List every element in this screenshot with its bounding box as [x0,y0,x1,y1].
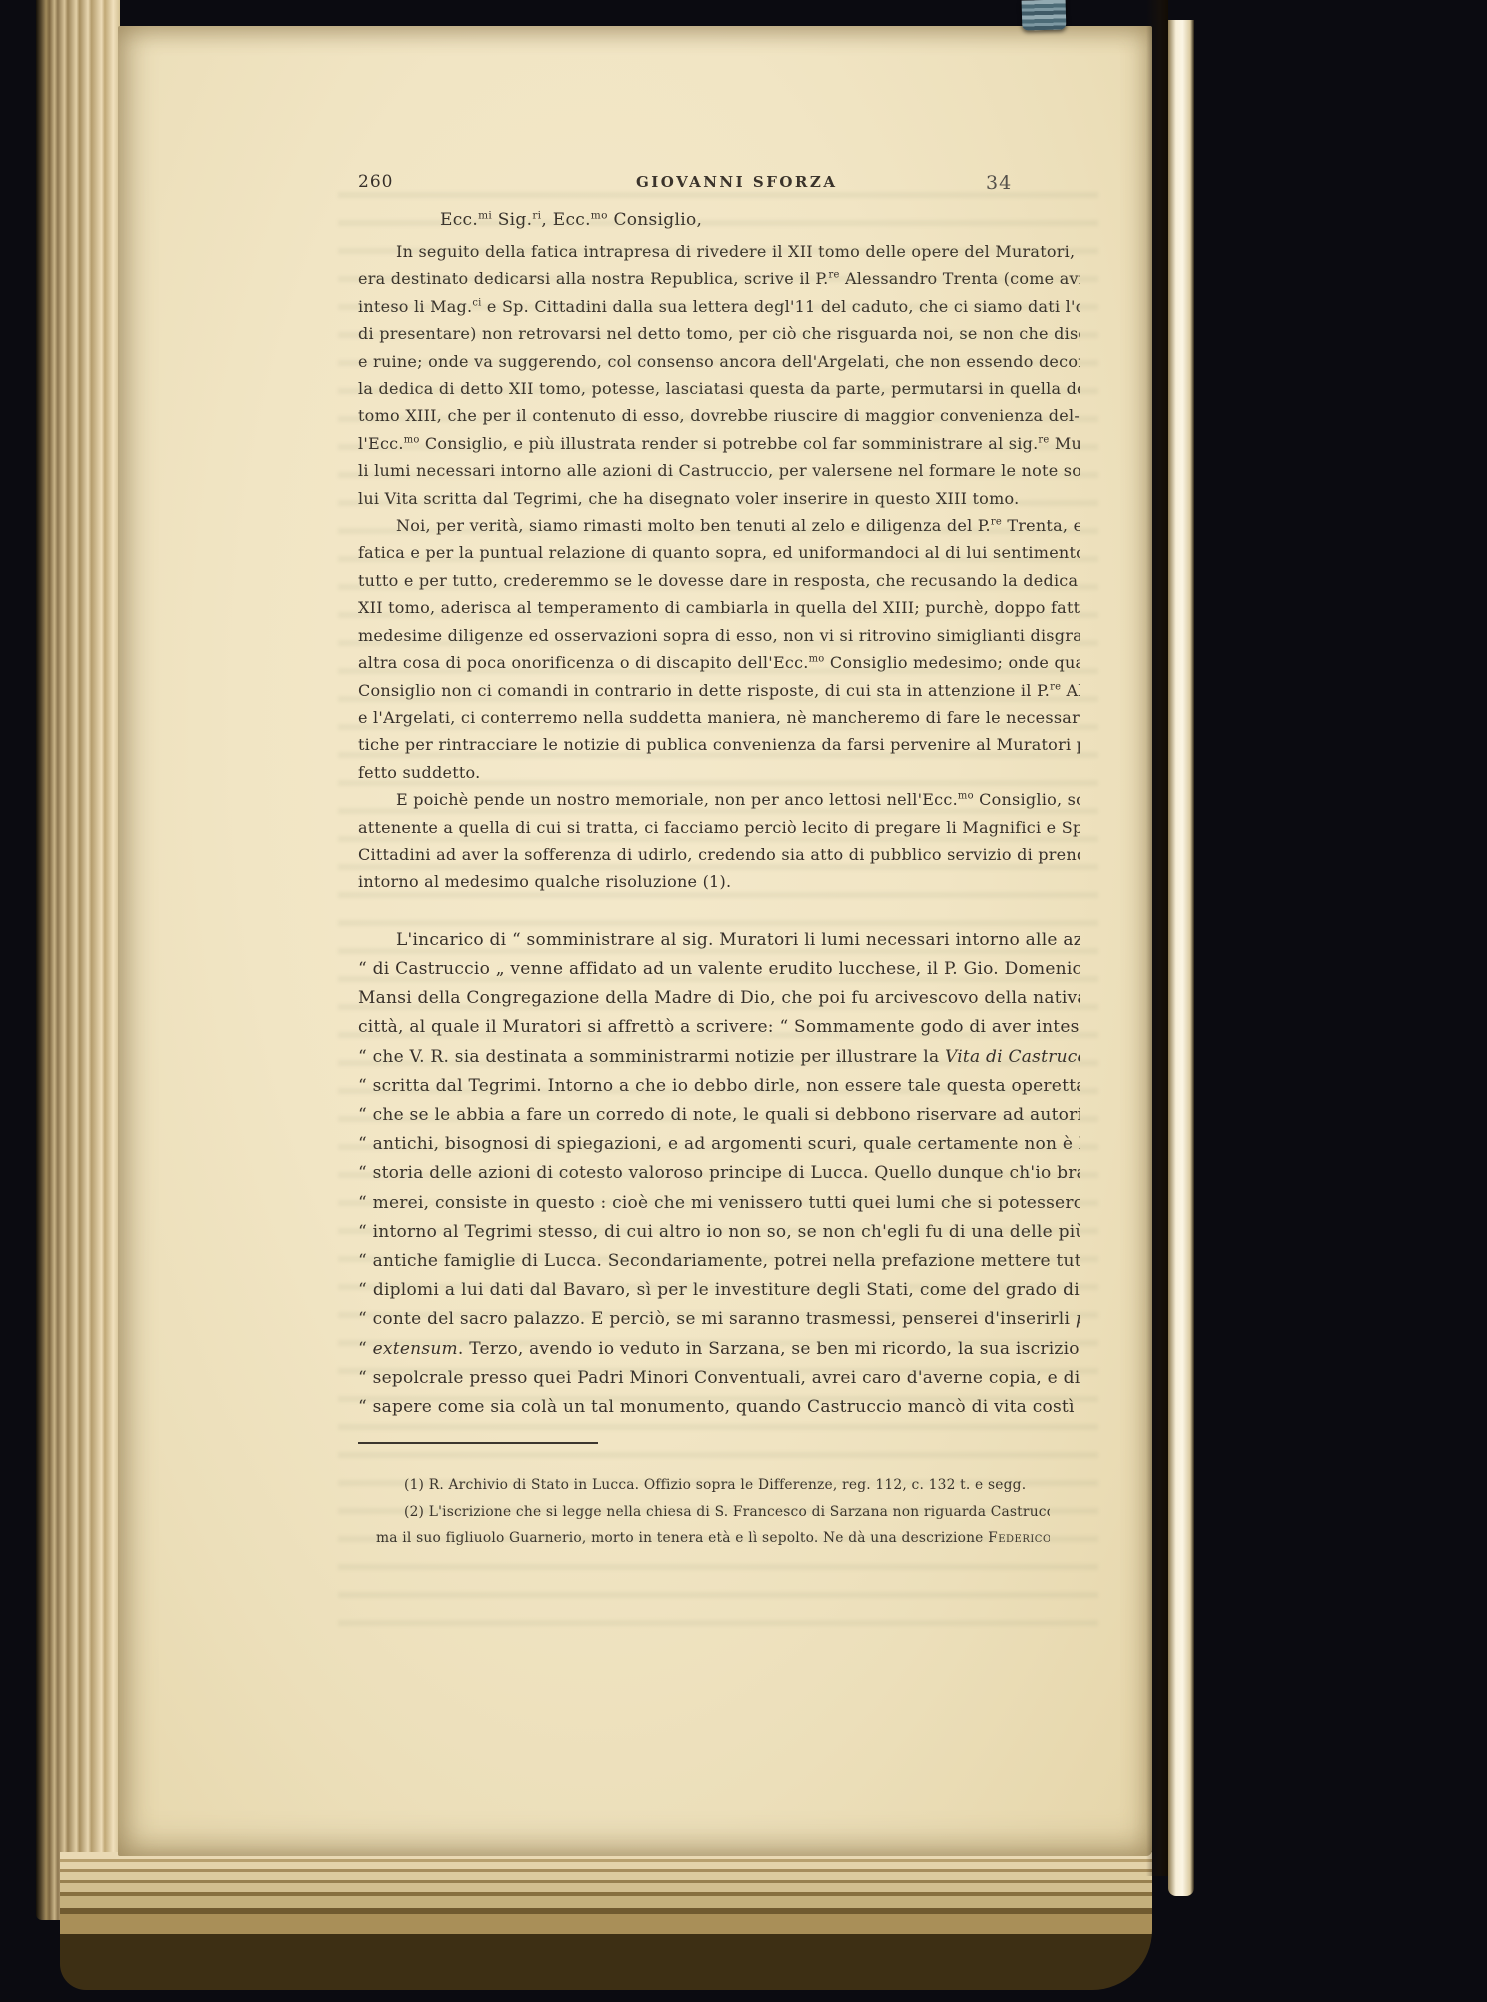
page-gutter-shadow [1146,0,1168,1876]
text-line: li lumi necessari intorno alle azioni di… [358,457,1080,484]
text-line: Noi, per verità, siamo rimasti molto ben… [358,512,1080,539]
text-line: “ che V. R. sia destinata a somministrar… [358,1043,1080,1072]
page-header: 260 GIOVANNI SFORZA [358,172,1080,192]
text-line: lui Vita scritta dal Tegrimi, che ha dis… [358,485,1080,512]
text-line: di presentare) non retrovarsi nel detto … [358,320,1080,347]
text-line: intorno al medesimo qualche risoluzione … [358,868,1080,895]
letter-paragraph: L'incarico di “ somministrare al sig. Mu… [358,926,1080,1422]
text-line: “ intorno al Tegrimi stesso, di cui altr… [358,1218,1080,1247]
text-line: fetto suddetto. [358,759,1080,786]
text-line: E poichè pende un nostro memoriale, non … [358,786,1080,813]
text-line: “ scritta dal Tegrimi. Intorno a che io … [358,1072,1080,1101]
text-line: tomo XIII, che per il contenuto di esso,… [358,402,1080,429]
footnote-1: (1) R. Archivio di Stato in Lucca. Offiz… [390,1472,1050,1499]
page-number: 260 [358,172,393,192]
text-line: “ storia delle azioni di cotesto valoros… [358,1159,1080,1188]
text-line: “ che se le abbia a fare un corredo di n… [358,1101,1080,1130]
book-page: 260 GIOVANNI SFORZA 34 Ecc.mi Sig.ri, Ec… [118,26,1152,1856]
text-line: “ sapere come sia colà un tal monumento,… [358,1393,1080,1422]
text-line: “ merei, consiste in questo : cioè che m… [358,1189,1080,1218]
text-line: tiche per rintracciare le notizie di pub… [358,731,1080,758]
book-page-stack-bottom-edge [60,1852,1152,1990]
text-column: Ecc.mi Sig.ri, Ecc.mo Consiglio, In segu… [358,210,1080,1552]
text-line: la dedica di detto XII tomo, potesse, la… [358,375,1080,402]
book-page-stack-left-edge [36,0,120,1920]
text-line: ma il suo figliuolo Guarnerio, morto in … [376,1525,1050,1552]
text-line: “ sepolcrale presso quei Padri Minori Co… [358,1364,1080,1393]
footnote-2: (2) L'iscrizione che si legge nella chie… [390,1499,1050,1552]
footnote-separator-rule [358,1442,598,1444]
text-line: Mansi della Congregazione della Madre di… [358,984,1080,1013]
text-line: e l'Argelati, ci conterremo nella suddet… [358,704,1080,731]
salutation-line: Ecc.mi Sig.ri, Ecc.mo Consiglio, [440,210,1080,230]
paragraph-1: In seguito della fatica intrapresa di ri… [358,238,1080,512]
text-line: “ diplomi a lui dati dal Bavaro, sì per … [358,1276,1080,1305]
text-line: “ di Castruccio „ venne affidato ad un v… [358,955,1080,984]
footnotes-block: (1) R. Archivio di Stato in Lucca. Offiz… [390,1472,1050,1552]
book-scan-scene: 260 GIOVANNI SFORZA 34 Ecc.mi Sig.ri, Ec… [0,0,1487,2002]
text-line: e ruine; onde va suggerendo, col consens… [358,348,1080,375]
bookmark-ribbon [1022,0,1067,31]
text-line: fatica e per la puntual relazione di qua… [358,539,1080,566]
text-line: XII tomo, aderisca al temperamento di ca… [358,594,1080,621]
facing-page-edge [1168,20,1194,1896]
text-line: medesime diligenze ed osservazioni sopra… [358,622,1080,649]
text-line: Cittadini ad aver la sofferenza di udirl… [358,841,1080,868]
folio-annotation: 34 [986,172,1012,194]
text-line: era destinato dedicarsi alla nostra Repu… [358,265,1080,292]
paragraph-3: E poichè pende un nostro memoriale, non … [358,786,1080,896]
text-line: l'Ecc.mo Consiglio, e più illustrata ren… [358,430,1080,457]
text-line: attenente a quella di cui si tratta, ci … [358,814,1080,841]
text-line: tutto e per tutto, crederemmo se le dove… [358,567,1080,594]
text-line: In seguito della fatica intrapresa di ri… [358,238,1080,265]
text-line: “ antiche famiglie di Lucca. Secondariam… [358,1247,1080,1276]
text-line: (1) R. Archivio di Stato in Lucca. Offiz… [390,1472,1050,1499]
text-line: (2) L'iscrizione che si legge nella chie… [390,1499,1050,1526]
text-line: città, al quale il Muratori si affrettò … [358,1013,1080,1042]
paragraph-2: Noi, per verità, siamo rimasti molto ben… [358,512,1080,786]
text-line: “ conte del sacro palazzo. E perciò, se … [358,1305,1080,1334]
text-line: L'incarico di “ somministrare al sig. Mu… [358,926,1080,955]
running-title: GIOVANNI SFORZA [393,173,1080,191]
text-line: “ extensum. Terzo, avendo io veduto in S… [358,1335,1080,1364]
text-line: inteso li Mag.ci e Sp. Cittadini dalla s… [358,293,1080,320]
text-line: “ antichi, bisognosi di spiegazioni, e a… [358,1130,1080,1159]
text-line: altra cosa di poca onorificenza o di dis… [358,649,1080,676]
text-line: Consiglio non ci comandi in contrario in… [358,677,1080,704]
